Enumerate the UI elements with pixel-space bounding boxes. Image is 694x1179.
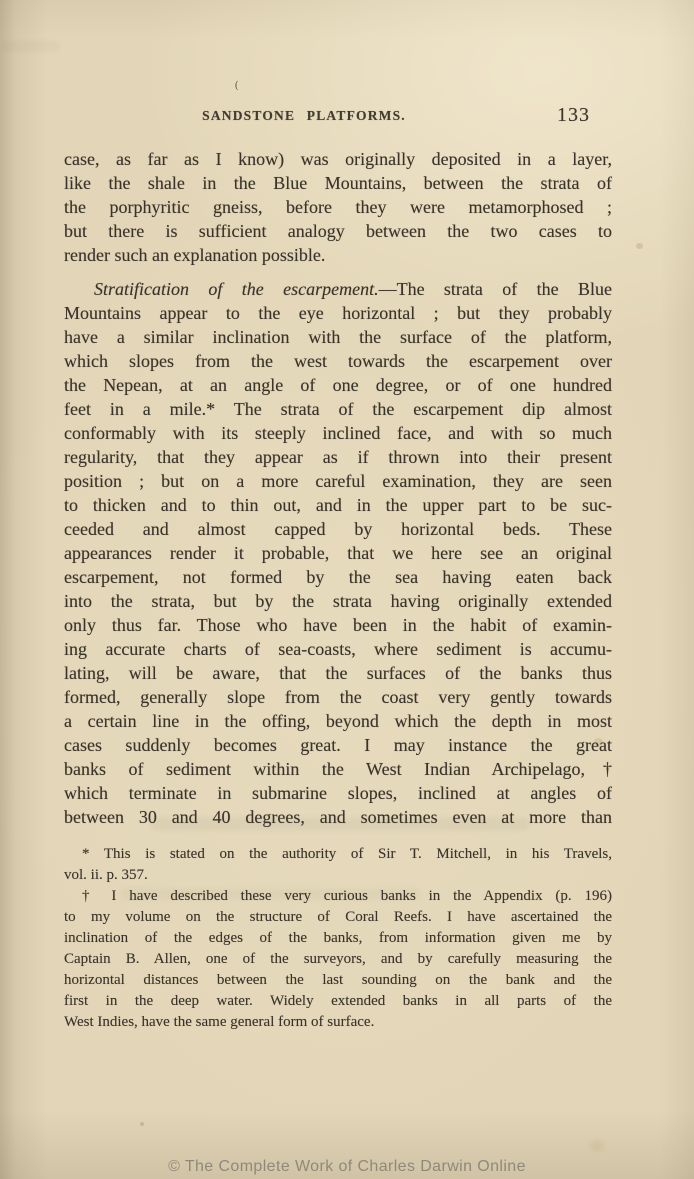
show-through-ghost — [0, 40, 60, 52]
text-line: between 30 and 40 degrees, and sometimes… — [64, 805, 612, 829]
text-line: into the strata, but by the strata havin… — [64, 589, 612, 613]
text-line: ing accurate charts of sea-coasts, where… — [64, 637, 612, 661]
text-line: Mountains appear to the eye horizontal ;… — [64, 301, 612, 325]
scanned-book-page: ( SANDSTONE PLATFORMS. 133 case, as far … — [0, 0, 694, 1179]
text-line: cases suddenly becomes great. I may inst… — [64, 733, 612, 757]
footnote-line: inclination of the edges of the banks, f… — [64, 928, 612, 949]
page-number: 133 — [557, 104, 590, 127]
text-line: have a similar inclination with the surf… — [64, 325, 612, 349]
text-line: banks of sediment within the West Indian… — [64, 757, 612, 781]
footnote-line: Captain B. Allen, one of the surveyors, … — [64, 949, 612, 970]
footnote-line: to my volume on the structure of Coral R… — [64, 907, 612, 928]
text-line: case, as far as I know) was originally d… — [64, 147, 612, 171]
text-line: Stratification of the escarpement.—The s… — [64, 277, 612, 301]
text-line: conformably with its steeply inclined fa… — [64, 421, 612, 445]
text-line: the Nepean, at an angle of one degree, o… — [64, 373, 612, 397]
text-line: escarpement, not formed by the sea havin… — [64, 565, 612, 589]
footnote-mitchell: * This is stated on the authority of Sir… — [64, 844, 612, 886]
text-line: like the shale in the Blue Mountains, be… — [64, 171, 612, 195]
text-line: which terminate in submarine slopes, inc… — [64, 781, 612, 805]
text-line: regularity, that they appear as if throw… — [64, 445, 612, 469]
footnote-line: first in the deep water. Widely extended… — [64, 991, 612, 1012]
text-line: a certain line in the offing, beyond whi… — [64, 709, 612, 733]
text-line: but there is sufficient analogy between … — [64, 219, 612, 243]
page-header: SANDSTONE PLATFORMS. 133 — [0, 104, 694, 130]
text-line: the porphyritic gneiss, before they were… — [64, 195, 612, 219]
footnote-line: West Indies, have the same general form … — [64, 1012, 612, 1033]
paragraph-continuation: case, as far as I know) was originally d… — [64, 147, 612, 267]
paper-speck — [636, 243, 643, 249]
paper-speck — [590, 1140, 604, 1152]
footnote-line: * This is stated on the authority of Sir… — [64, 844, 612, 865]
italic-lead-in: Stratification of the escarpement. — [94, 279, 379, 299]
stray-ink-mark: ( — [235, 80, 238, 91]
copyright-watermark: © The Complete Work of Charles Darwin On… — [168, 1158, 526, 1176]
paper-speck — [140, 1122, 144, 1126]
text-line: which slopes from the west towards the e… — [64, 349, 612, 373]
text-line: to thicken and to thin out, and in the u… — [64, 493, 612, 517]
text-line: formed, generally slope from the coast v… — [64, 685, 612, 709]
text-line: position ; but on a more careful examina… — [64, 469, 612, 493]
footnote-line: horizontal distances between the last so… — [64, 970, 612, 991]
paragraph-stratification: Stratification of the escarpement.—The s… — [64, 277, 612, 829]
footnotes-section: * This is stated on the authority of Sir… — [64, 844, 612, 1033]
footnote-coral-reefs: † I have described these very curious ba… — [64, 886, 612, 1033]
footnote-line: † I have described these very curious ba… — [64, 886, 612, 907]
text-line: feet in a mile.* The strata of the escar… — [64, 397, 612, 421]
text-line: appearances render it probable, that we … — [64, 541, 612, 565]
text-line: ceeded and almost capped by horizontal b… — [64, 517, 612, 541]
lead-rest: —The strata of the Blue — [379, 279, 612, 299]
footnote-line: vol. ii. p. 357. — [64, 865, 612, 886]
text-line: lating, will be aware, that the surfaces… — [64, 661, 612, 685]
text-line: only thus far. Those who have been in th… — [64, 613, 612, 637]
text-line: render such an explanation possible. — [64, 243, 612, 267]
running-title: SANDSTONE PLATFORMS. — [202, 108, 406, 124]
